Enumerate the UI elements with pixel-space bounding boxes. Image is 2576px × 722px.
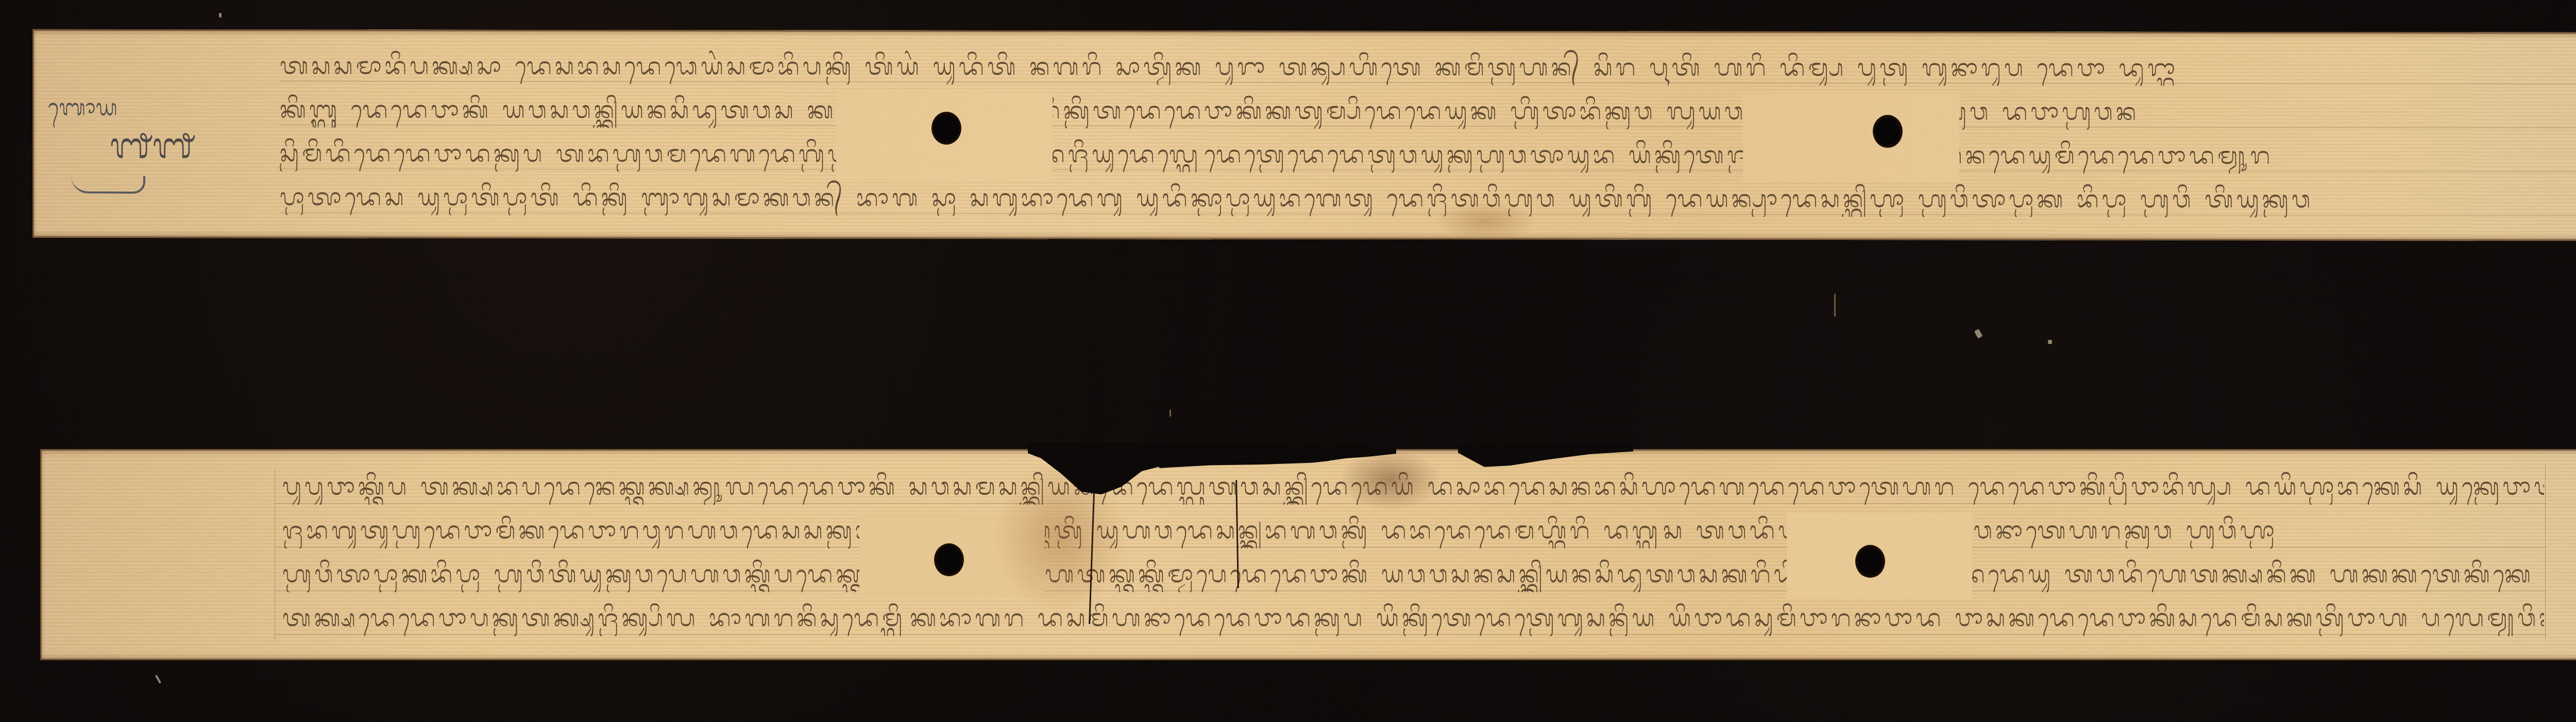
text-line-3: ᬳ᭄ᬭᬯᬶᬢᬵᬧ᭄ᬭᬵᬓᬪᬶᬧ᭄ᬭᬵ ᬳ᭄ᬭᬯᬶᬢᬶᬬᬸᬓ᭄ᬭᬯᬧᬾᬳᬯᬓ᭄ᬢᬶ… bbox=[282, 556, 2544, 592]
leaf-label: ᬩᭀᬬ bbox=[48, 91, 117, 132]
stain bbox=[1434, 201, 1537, 242]
text-line-2: ᬚ᭄ᬭᬪᬕᬸᬢᬸᬳ᭄ᬭᬤᬾᬯᬵᬫᬶᬓᬤᬾᬯᬵᬭᬯᬸᬭᬳᬯᬤᬾᬲᬲᬓ᭄ᬭᬪᬕᬸᬕᬯ… bbox=[282, 512, 2544, 548]
page-number: ᭑᭑ bbox=[110, 119, 195, 184]
palm-leaf-1: ᬩᭀᬬ ᭑᭑ ᬢᬲᬲᬫᬵᬪᬶᬧᬓ᭄ᬱᬲᬵ ᬤᬾᬲᬪᬲᬤᬾᬥᬾᬬᬂᬲᬫᬵᬪᬶᬧᬓ᭄… bbox=[32, 29, 2576, 242]
page-number-underline bbox=[71, 176, 145, 194]
binding-hole bbox=[934, 543, 964, 576]
binding-hole bbox=[931, 112, 961, 145]
stain bbox=[1338, 449, 1442, 511]
text-line-4: ᬧ᭄ᬭᬵᬢᬵᬤᬾᬲ ᬬᬸᬧ᭄ᬭᬵᬢᬶᬧ᭄ᬭᬵᬢᬶ ᬤᬶᬓ᭄ᬭᬶ ᬩ᭄ᬭᬵᬕᬸᬲᬫ… bbox=[280, 179, 2576, 218]
right-margin-rule bbox=[2545, 465, 2546, 640]
dust-speck bbox=[2048, 340, 2052, 344]
palm-leaf-2: ᬧᬸᬧᬸᬯᬵᬓ᭄ᬢᬶᬧ ᬢᬓ᭄ᬱᬪᬧᬤᬾᬦᬾᬓ᭄ᬢᬓ᭄ᬱᬦ᭄ᬬᬸᬮᬤᬾᬤᬾᬯᬵᬓ… bbox=[40, 449, 2576, 660]
hole-gap bbox=[1743, 93, 1959, 181]
binding-hole bbox=[1873, 115, 1903, 148]
text-line-3: ᬲ᭄ᬭᬶᬫᬶᬤᬶᬤᬾᬤᬾᬯᬵᬤᬓ᭄ᬭᬧ ᬢᬪᬳ᭄ᬭᬯᬫᬤᬾᬕᬤᬾᬕ᭄ᬭᬶᬳ᭄ᬭᬯ… bbox=[280, 135, 2576, 174]
left-margin-rule bbox=[275, 470, 275, 640]
text-line-1: ᬢᬲᬲᬫᬵᬪᬶᬧᬓ᭄ᬱᬲᬵ ᬤᬾᬲᬪᬲᬤᬾᬥᬾᬬᬂᬲᬫᬵᬪᬶᬧᬓ᭄ᬭᬶ ᬢᬶᬬᬂ… bbox=[280, 47, 2576, 87]
text-line-2: ᬓᬶᬩ᭄ᬭ᭄ᬮᬸ ᬤᬾᬤᬾᬯᬵᬓᬶ ᬬᬯᬲᬯᬦ᭄ᬓ᭄ᬭᬶᬬᬦᬲᬶᬤᬸᬢᬯᬲ ᬓᬭ… bbox=[280, 91, 2576, 130]
dust-speck bbox=[1834, 294, 1836, 317]
dust-speck bbox=[1170, 409, 1171, 417]
text-line-4: ᬢᬓ᭄ᬱᬤᬾᬤᬾᬯᬵᬧᬓ᭄ᬭᬢᬓ᭄ᬱᬸᬚ᭄ᬭᬶᬓ᭄ᬲᬶᬮ ᬪᬵᬕᬭᬦᬶᬲᬸᬤᬾᬫ… bbox=[282, 600, 2544, 636]
dust-speck bbox=[219, 13, 222, 18]
binding-hole bbox=[1855, 545, 1885, 578]
